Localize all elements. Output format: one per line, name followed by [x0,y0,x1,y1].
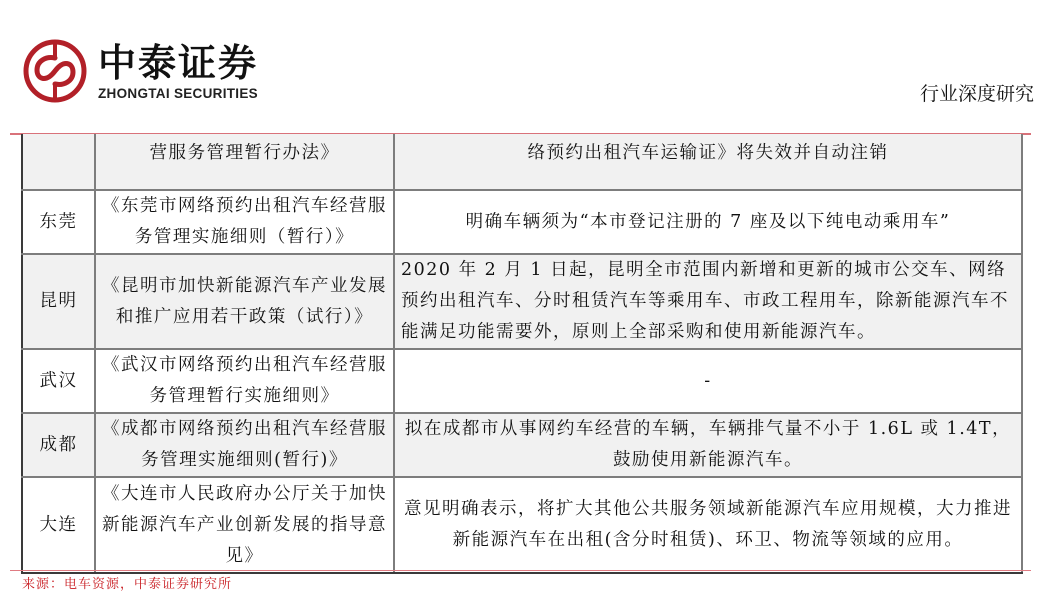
policy-table: 营服务管理暂行办法》 络预约出租汽车运输证》将失效并自动注销 东莞 《东莞市网络… [21,134,1023,574]
city-cell [22,134,95,190]
content-cell: 明确车辆须为“本市登记注册的 7 座及以下纯电动乘用车” [394,190,1022,254]
table-row: 成都 《成都市网络预约出租汽车经营服务管理实施细则(暂行)》 拟在成都市从事网约… [22,413,1022,477]
source-note: 来源：电车资源，中泰证券研究所 [22,577,232,592]
table-row: 昆明 《昆明市加快新能源汽车产业发展和推广应用若干政策（试行）》 2020 年 … [22,254,1022,349]
policy-cell: 《东莞市网络预约出租汽车经营服务管理实施细则（暂行）》 [95,190,394,254]
footer-divider [10,570,1031,571]
policy-cell: 营服务管理暂行办法》 [95,134,394,190]
city-cell: 昆明 [22,254,95,349]
policy-text: 营服务管理暂行办法》 [150,143,340,163]
logo-name-cn: 中泰证券 [98,42,258,84]
city-cell: 成都 [22,413,95,477]
policy-cell: 《武汉市网络预约出租汽车经营服务管理暂行实施细则》 [95,349,394,413]
table-row: 营服务管理暂行办法》 络预约出租汽车运输证》将失效并自动注销 [22,134,1022,190]
content-cell: 络预约出租汽车运输证》将失效并自动注销 [394,134,1022,190]
content-cell: 拟在成都市从事网约车经营的车辆，车辆排气量不小于 1.6L 或 1.4T，鼓励使… [394,413,1022,477]
content-cell: - [394,349,1022,413]
city-cell: 大连 [22,477,95,573]
table-row: 大连 《大连市人民政府办公厅关于加快新能源汽车产业创新发展的指导意见》 意见明确… [22,477,1022,573]
policy-cell: 《大连市人民政府办公厅关于加快新能源汽车产业创新发展的指导意见》 [95,477,394,573]
policy-cell: 《昆明市加快新能源汽车产业发展和推广应用若干政策（试行）》 [95,254,394,349]
content-text: 络预约出租汽车运输证》将失效并自动注销 [528,143,889,163]
city-cell: 东莞 [22,190,95,254]
document-type: 行业深度研究 [920,79,1034,106]
policy-cell: 《成都市网络预约出租汽车经营服务管理实施细则(暂行)》 [95,413,394,477]
table-row: 武汉 《武汉市网络预约出租汽车经营服务管理暂行实施细则》 - [22,349,1022,413]
table-row: 东莞 《东莞市网络预约出租汽车经营服务管理实施细则（暂行）》 明确车辆须为“本市… [22,190,1022,254]
company-logo: 中泰证券 ZHONGTAI SECURITIES [22,38,258,104]
zhongtai-logo-icon [22,38,88,104]
content-cell: 意见明确表示，将扩大其他公共服务领域新能源汽车应用规模，大力推进新能源汽车在出租… [394,477,1022,573]
logo-name-en: ZHONGTAI SECURITIES [98,86,258,101]
city-cell: 武汉 [22,349,95,413]
content-cell: 2020 年 2 月 1 日起，昆明全市范围内新增和更新的城市公交车、网络预约出… [394,254,1022,349]
